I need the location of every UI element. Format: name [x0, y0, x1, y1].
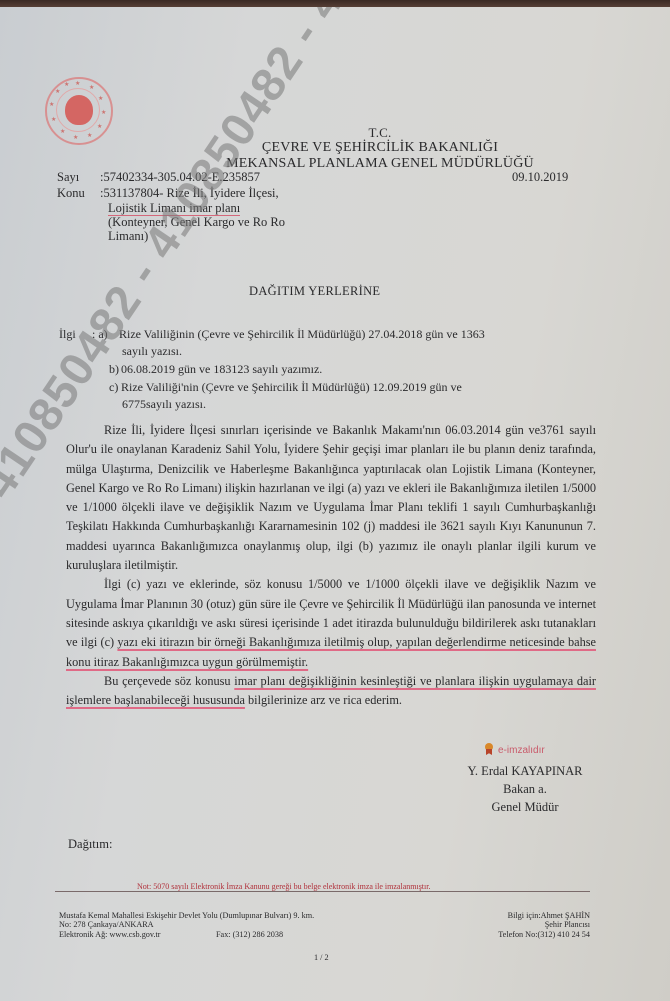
- ilgi-item-a: Rize Valiliğinin (Çevre ve Şehircilik İl…: [119, 327, 485, 342]
- distribution-label: Dağıtım:: [68, 837, 112, 852]
- signer-title-2: Genel Müdür: [450, 800, 600, 815]
- body-paragraph-2-highlight: yazı eki itirazın bir örneği Bakanlığımı…: [66, 635, 596, 668]
- rosette-icon: [484, 743, 494, 755]
- ilgi-item-a-cont: sayılı yazısı.: [122, 344, 182, 359]
- footer-contact-title: Şehir Plancısı: [440, 920, 590, 930]
- body-paragraph-3-text: Bu çerçevede söz konusu: [104, 674, 234, 688]
- e-signature-label: e-imzalıdır: [498, 745, 545, 756]
- signer-name: Y. Erdal KAYAPINAR: [450, 764, 600, 779]
- header-tc: T.C.: [45, 125, 670, 141]
- letter-body: Rize İli, İyidere İlçesi sınırları içeri…: [66, 421, 596, 710]
- footer-contact-phone: Telefon No:(312) 410 24 54: [440, 930, 590, 940]
- footer-address-2: No: 278 Çankaya/ANKARA: [59, 920, 154, 930]
- body-paragraph-3: Bu çerçevede söz konusu imar planı değiş…: [66, 672, 596, 711]
- ilgi-item-prefix: c): [109, 380, 118, 395]
- body-paragraph-1: Rize İli, İyidere İlçesi sınırları içeri…: [66, 421, 596, 575]
- footer-divider: [55, 891, 590, 892]
- sayi-label: Sayı: [57, 170, 79, 185]
- footer-web: Elektronik Ağ: www.csb.gov.tr: [59, 930, 161, 940]
- document-date: 09.10.2019: [512, 170, 568, 185]
- ilgi-item-c-cont: 6775sayılı yazısı.: [122, 397, 206, 412]
- e-signature-law-note: Not: 5070 sayılı Elektronik İmza Kanunu …: [137, 882, 430, 891]
- body-paragraph-3-text: bilgilerinize arz ve rica ederim.: [245, 693, 402, 707]
- ilgi-item-b: 06.08.2019 gün ve 183123 sayılı yazımız.: [121, 362, 322, 377]
- recipient-title: DAĞITIM YERLERİNE: [249, 284, 380, 299]
- body-paragraph-2: İlgi (c) yazı ve eklerinde, söz konusu 1…: [66, 575, 596, 671]
- page-number: 1 / 2: [314, 953, 329, 963]
- header-ministry: ÇEVRE VE ŞEHİRCİLİK BAKANLIĞI: [45, 140, 670, 156]
- footer-fax: Fax: (312) 286 2038: [216, 930, 283, 940]
- konu-label: Konu: [57, 186, 85, 201]
- signer-title-1: Bakan a.: [450, 782, 600, 797]
- e-signature-badge: e-imzalıdır: [484, 743, 545, 756]
- document-page: ★ ★ ★ ★ ★ ★ ★ ★ ★ ★ ★ ★ T.C. ÇEVRE VE ŞE…: [0, 7, 670, 1001]
- ilgi-item-c: Rize Valiliği'nin (Çevre ve Şehircilik İ…: [121, 380, 462, 395]
